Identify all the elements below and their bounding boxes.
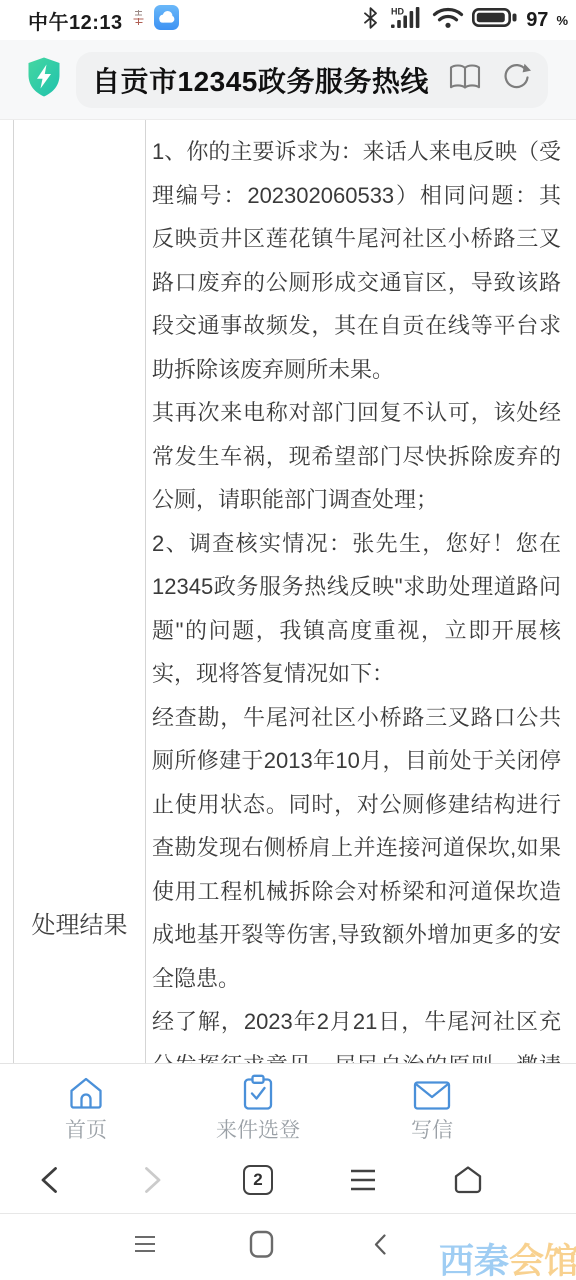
paragraph: 经了解，2023年2月21日，牛尾河社区充分发挥征求意见、居民自治的原则，邀请两… [152, 1000, 561, 1063]
system-menu-button[interactable] [133, 1235, 157, 1260]
paragraph: 2、调查核实情况：张先生，您好！您在12345政务服务热线反映"求助处理道路问题… [152, 522, 561, 696]
footer-nav-label: 首页 [65, 1114, 107, 1144]
network-type-label: HD [391, 6, 404, 16]
battery-percentage: 97 [526, 9, 548, 32]
phone-screen: 中午12:13 [0, 0, 576, 1280]
watermark-part1: 西秦 [439, 1242, 509, 1280]
tab-count-badge: 2 [243, 1165, 273, 1195]
menu-button[interactable] [348, 1168, 378, 1193]
browser-address-bar: 自贡市12345政务服务热线 [0, 40, 576, 120]
refresh-icon[interactable] [501, 62, 532, 98]
cloud-app-icon [154, 5, 179, 35]
mini-notification-icon [132, 9, 145, 31]
footer-nav-label: 写信 [411, 1114, 453, 1144]
browser-toolbar: 2 [0, 1147, 576, 1214]
table-row-header: 处理结果 [13, 905, 146, 940]
footer-nav-selected-letters[interactable]: 来件选登 [183, 1073, 333, 1144]
system-nav-bar: 西秦会馆 [0, 1214, 576, 1280]
clock: 中午12:13 [28, 6, 123, 35]
browser-home-button[interactable] [453, 1165, 484, 1196]
footer-nav-home[interactable]: 首页 [11, 1073, 161, 1144]
paragraph: 1、你的主要诉求为：来话人来电反映（受理编号：202302060533）相同问题… [152, 130, 561, 391]
battery-percent-sign: % [556, 13, 568, 28]
security-shield-icon[interactable] [24, 55, 64, 104]
system-back-button[interactable] [372, 1233, 388, 1262]
footer-nav-write-letter[interactable]: 写信 [357, 1073, 507, 1144]
bluetooth-icon [363, 7, 378, 34]
site-footer-nav: 首页 来件选登 [0, 1063, 576, 1147]
home-icon [68, 1073, 104, 1111]
paragraph: 其再次来电称对部门回复不认可，该处经常发生车祸，现希望部门尽快拆除废弃的公厕，请… [152, 391, 561, 522]
footer-nav-label: 来件选登 [216, 1114, 300, 1144]
page-content: 处理结果 1、你的主要诉求为：来话人来电反映（受理编号：202302060533… [0, 120, 576, 1063]
clipboard-check-icon [241, 1073, 275, 1111]
watermark-part2: 会馆 [509, 1242, 576, 1280]
status-bar: 中午12:13 [0, 0, 576, 40]
envelope-icon [413, 1073, 451, 1111]
cellular-signal-icon: HD [386, 6, 424, 35]
paragraph: 经查勘，牛尾河社区小桥路三叉路口公共厕所修建于2013年10月，目前处于关闭停止… [152, 696, 561, 1001]
url-field[interactable]: 自贡市12345政务服务热线 [76, 52, 548, 108]
tabs-button[interactable]: 2 [243, 1165, 273, 1195]
system-home-button[interactable] [249, 1230, 275, 1264]
forward-button[interactable] [139, 1165, 165, 1195]
reading-mode-icon[interactable] [447, 62, 483, 97]
wifi-icon [432, 6, 464, 34]
battery-icon [472, 6, 518, 34]
back-button[interactable] [37, 1165, 63, 1195]
watermark: 西秦会馆 [439, 1244, 576, 1279]
result-text-cell: 1、你的主要诉求为：来话人来电反映（受理编号：202302060533）相同问题… [152, 130, 561, 1063]
page-title: 自贡市12345政务服务热线 [92, 60, 429, 100]
